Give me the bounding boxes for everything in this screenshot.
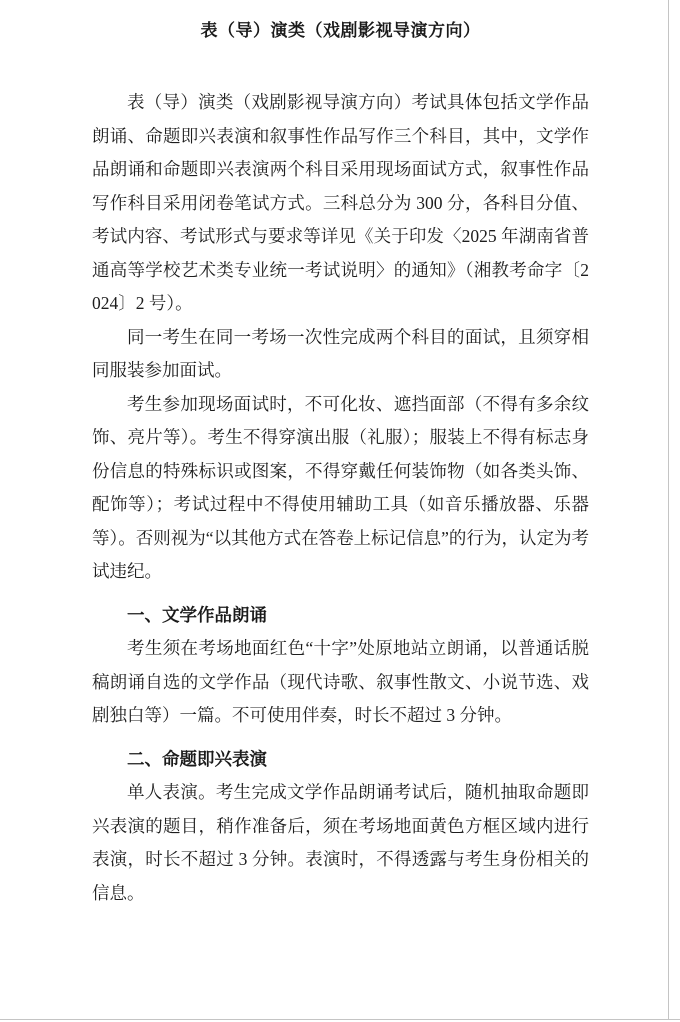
body-paragraph: 考生须在考场地面红色“十字”处原地站立朗诵，以普通话脱稿朗诵自选的文学作品（现代… bbox=[92, 632, 589, 733]
body-paragraph: 考生参加现场面试时，不可化妆、遮挡面部（不得有多余纹饰、亮片等）。考生不得穿演出… bbox=[92, 388, 589, 589]
page-edge-right bbox=[668, 0, 669, 1020]
body-paragraph: 同一考生在同一考场一次性完成两个科目的面试，且须穿相同服装参加面试。 bbox=[92, 321, 589, 388]
document-title: 表（导）演类（戏剧影视导演方向） bbox=[92, 18, 589, 44]
document-page: 表（导）演类（戏剧影视导演方向） 表（导）演类（戏剧影视导演方向）考试具体包括文… bbox=[0, 0, 680, 1022]
document-content: 表（导）演类（戏剧影视导演方向） 表（导）演类（戏剧影视导演方向）考试具体包括文… bbox=[92, 0, 589, 910]
page-edge-bottom bbox=[0, 1019, 680, 1020]
body-paragraph: 单人表演。考生完成文学作品朗诵考试后，随机抽取命题即兴表演的题目，稍作准备后，须… bbox=[92, 776, 589, 910]
document-body: 表（导）演类（戏剧影视导演方向）考试具体包括文学作品朗诵、命题即兴表演和叙事性作… bbox=[92, 86, 589, 910]
section-heading: 一、文学作品朗诵 bbox=[92, 599, 589, 633]
body-paragraph: 表（导）演类（戏剧影视导演方向）考试具体包括文学作品朗诵、命题即兴表演和叙事性作… bbox=[92, 86, 589, 321]
section-heading: 二、命题即兴表演 bbox=[92, 743, 589, 777]
